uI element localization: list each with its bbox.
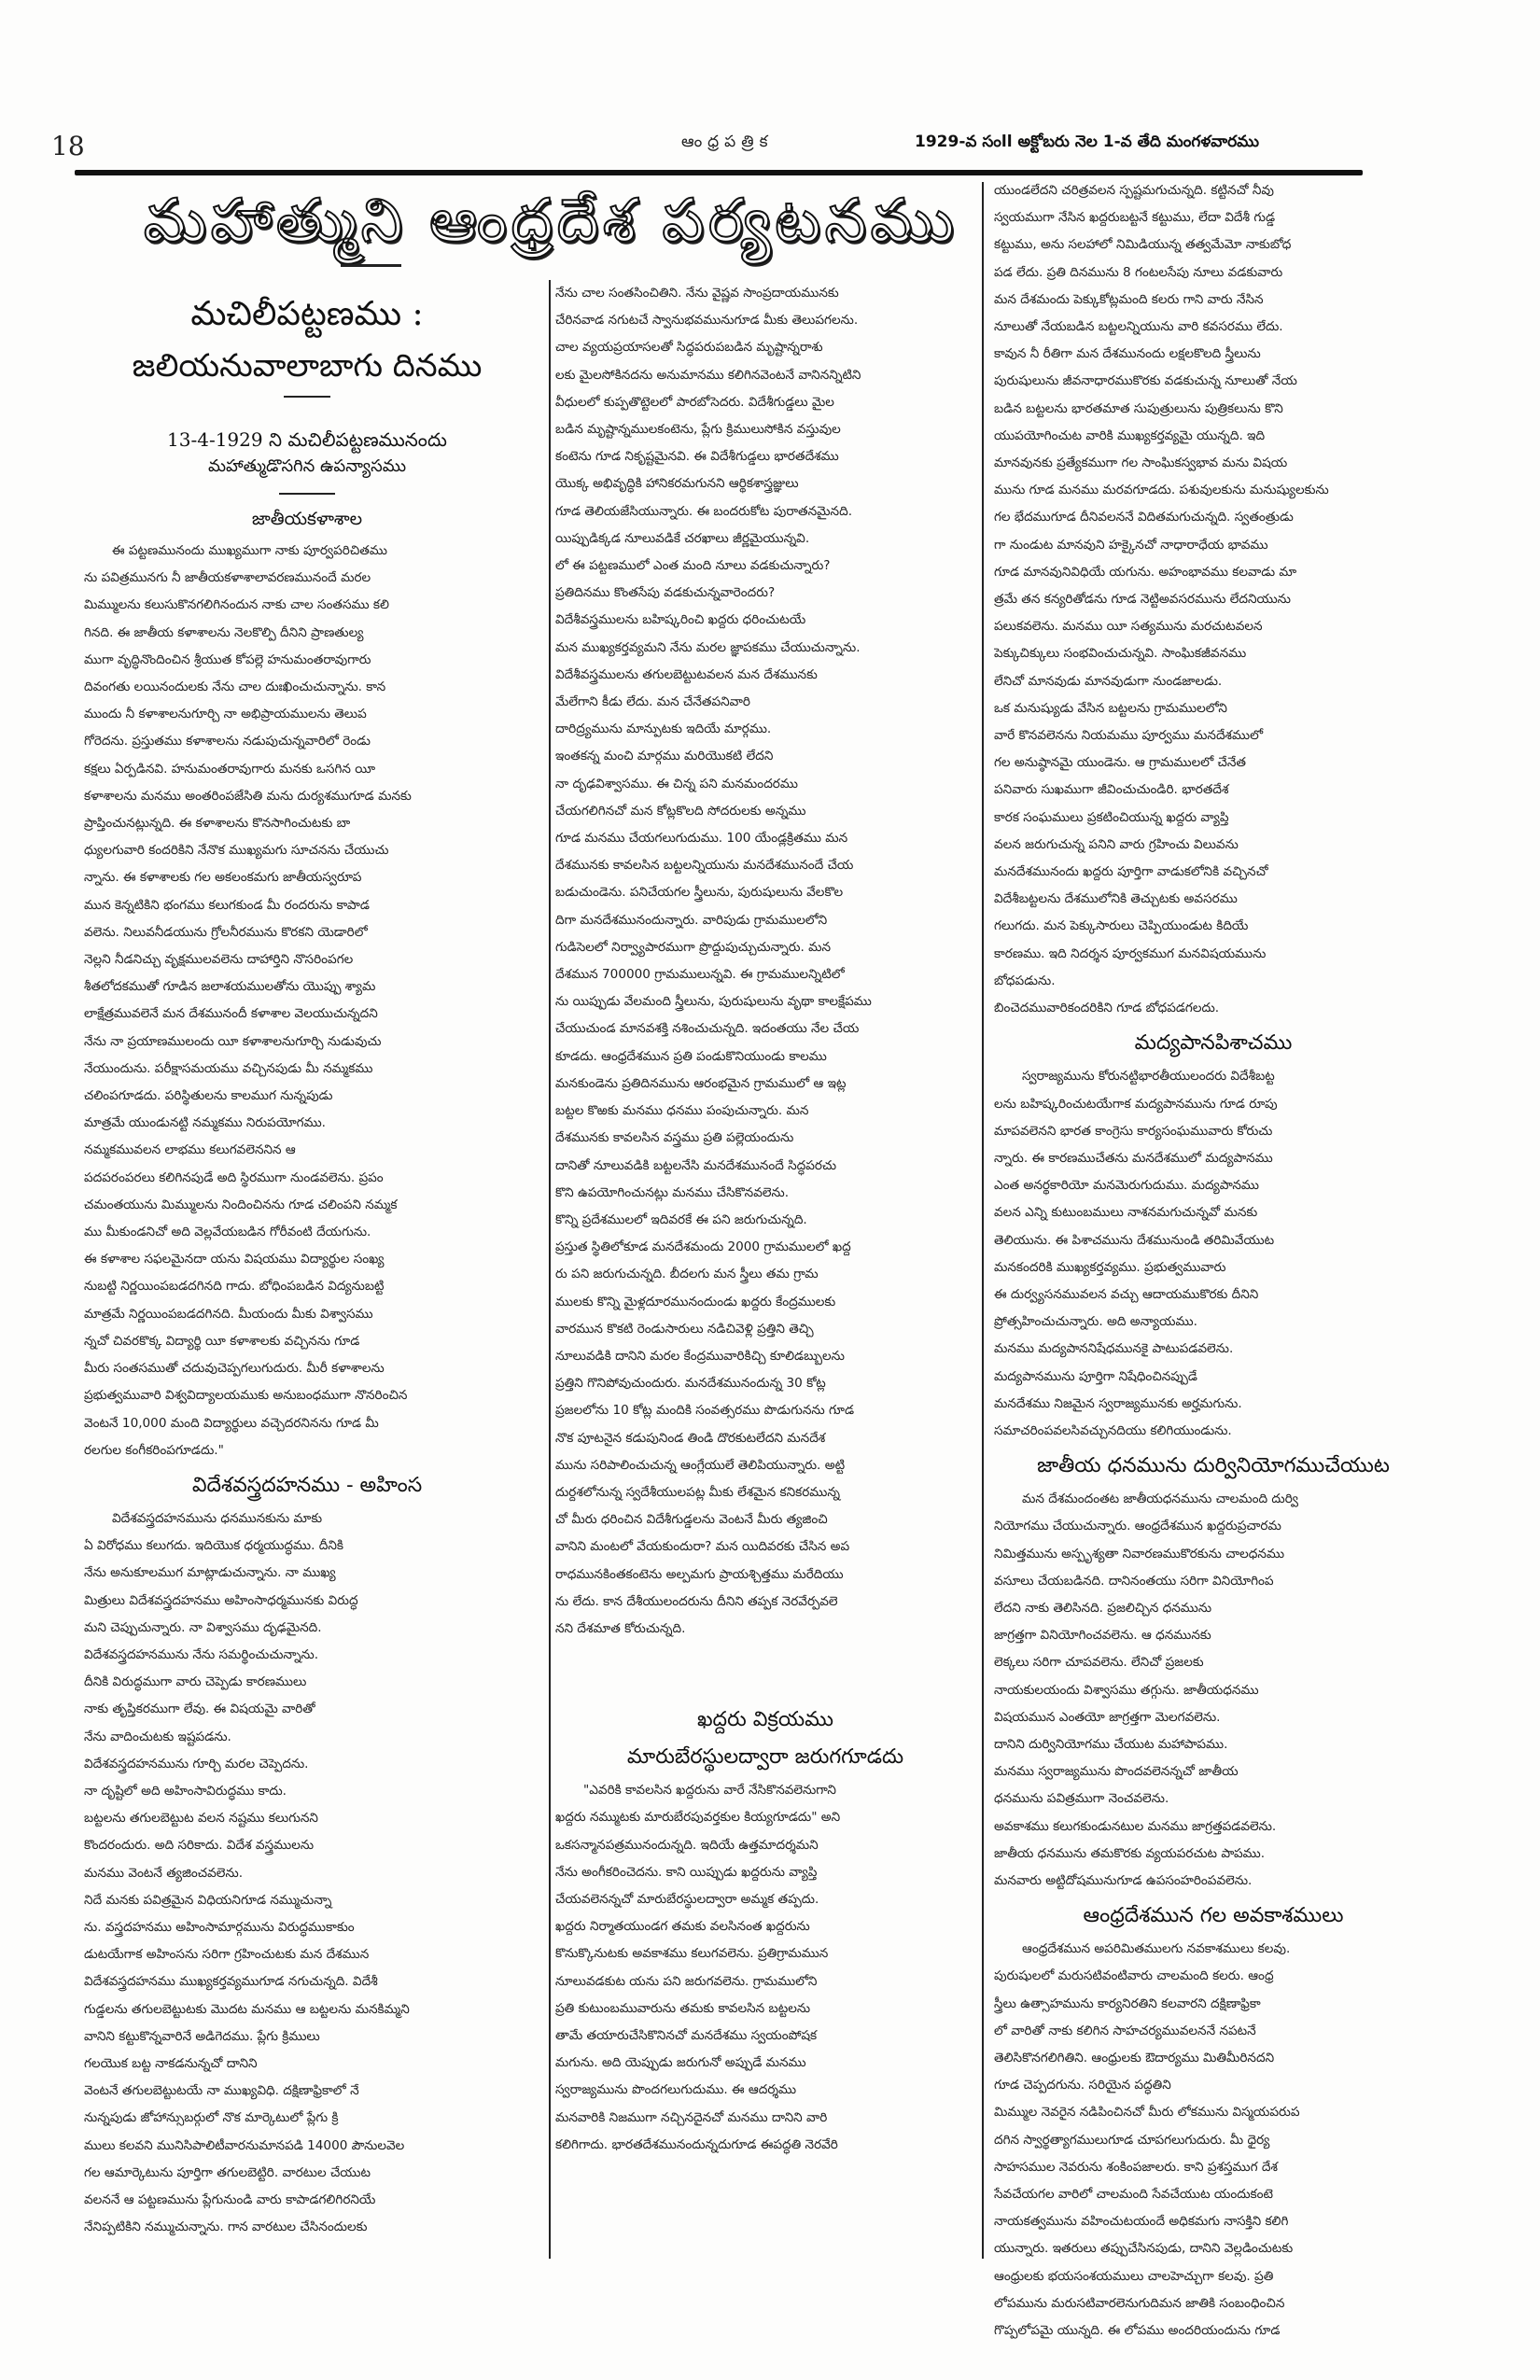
text-line: చేయుచుండ మానవశక్తి నశించుచున్నది. ఇదంతయు… <box>555 1015 975 1043</box>
text-line: యిప్పుడిక్కడ నూలువడికే చరఖాలు జీర్ణమైయున… <box>555 525 975 553</box>
text-line: లకు మైలసోకినదను అనుమానము కలిగినవెంటనే వా… <box>555 362 975 389</box>
text-line: గొప్పలోపమై యున్నది. ఈ లోపము అందరియందును … <box>994 2317 1433 2345</box>
text-line: మిమ్ముల నెవరైన నడిపించినచో మీరు లోకమును … <box>994 2099 1433 2126</box>
text-line: ను లేదు. కాన దేశీయులందరును దీనిని తప్పక … <box>555 1589 975 1616</box>
text-line: ఈ దుర్వ్యసనమువలన వచ్చు ఆదాయముకొరకు దీనిన… <box>994 1281 1433 1309</box>
text-line: నిదే మనకు పవిత్రమైన విధియనిగూడ నమ్ముచున్… <box>84 1887 530 1914</box>
text-line: ఈ పట్టణమునందు ముఖ్యముగా నాకు పూర్వపరిచిత… <box>84 538 530 565</box>
section-title: ఖద్దరు విక్రయము <box>555 1704 975 1736</box>
text-line: వానిని కట్టుకొన్నవారినే అడిగెదము. ప్లేగు… <box>84 2023 530 2051</box>
text-line: వసూలు చేయబడినది. దానినంతయు సరిగా వినియోగ… <box>994 1568 1433 1595</box>
text-line: మాపవలెనని భారత కాంగ్రెసు కార్యసంఘమువారు … <box>994 1118 1433 1145</box>
text-line: చో మీరు ధరించిన విదేశీగుడ్డలను వెంటనే మీ… <box>555 1506 975 1533</box>
text-line: దిగా మనదేశమునందున్నారు. వారిపుడు గ్రామము… <box>555 907 975 934</box>
article-body: విదేశవస్త్రదహనమును ధనమునకును మాకుఏ విరోధ… <box>84 1505 530 2241</box>
text-line: వెంటనే తగులబెట్టుటయే నా ముఖ్యవిధి. దక్షి… <box>84 2078 530 2105</box>
text-line: మానవునకు ప్రత్యేకముగా గల సాంఘికస్వభావ మన… <box>994 450 1433 477</box>
text-line: స్వరాజ్యమును కోరునట్టిభారతీయులందరు విదేశ… <box>994 1063 1433 1090</box>
text-line: మన దేశమందు పెక్కుకోట్లమంది కలరు గాని వార… <box>994 287 1433 314</box>
text-line: ప్రతి కుటుంబమువారును తమకు కావలసిన బట్టలన… <box>555 1995 975 2023</box>
text-line: నేను నా ప్రయాణములందు యీ కళాశాలనుగూర్చి న… <box>84 1029 530 1056</box>
text-line: ధనమును పవిత్రముగా నెంచవలెను. <box>994 1785 1433 1813</box>
column-1: మచిలీపట్టణము : జలియనువాలాబాగు దినము 13-4… <box>84 280 530 2241</box>
text-line: మనకుండెను ప్రతిదినమును ఆరంభమైన గ్రామములో… <box>555 1071 975 1098</box>
text-line: ఆంధ్రదేశమున అపరిమితములగు నవకాశములు కలవు. <box>994 1936 1433 1963</box>
column-divider <box>982 182 984 2259</box>
text-line: మగును. అది యెప్పుడు జరుగునో అప్పుడే మనము <box>555 2050 975 2077</box>
text-line: నాకు తృప్తికరముగా లేవు. ఈ విషయమై వారితో <box>84 1696 530 1723</box>
issue-date: 1929-వ సంll అక్టోబరు నెల 1-వ తేది మంగళవా… <box>915 133 1259 155</box>
text-line: రలగుల కంగీకరింపగూడదు." <box>84 1437 530 1464</box>
text-line: గూడ మానవునివిధియే యగును. అహంభావము కలవాడు… <box>994 559 1433 586</box>
text-line: ఒకసన్మానపత్రమునందున్నది. ఇదియే ఉత్తమాదర్… <box>555 1832 975 1859</box>
text-line: చాల వ్యయప్రయాసలతో సిద్ధపరుపబడిన మృష్టాన్… <box>555 334 975 361</box>
text-line: ముగా వృద్ధినొందించిన శ్రీయుత కోపల్లె హను… <box>84 647 530 674</box>
article-body: స్వరాజ్యమును కోరునట్టిభారతీయులందరు విదేశ… <box>994 1063 1433 1445</box>
text-line: గల ఆమార్కెటును పూర్తిగా తగులబెట్టిరి. వా… <box>84 2160 530 2187</box>
text-line: ధ్యులగువారి కందరికిని నేనొక ముఖ్యమగు సూచ… <box>84 837 530 864</box>
text-line: దగిన స్వార్థత్యాగములుగూడ చూపగలుగుదురు. మ… <box>994 2127 1433 2154</box>
text-line: నేనిప్పటికిని నమ్ముచున్నాను. గాన వారటుల … <box>84 2214 530 2241</box>
text-line: వలెను. నిలువనీడయును గ్రోలనీరమును కొరకని … <box>84 919 530 946</box>
text-line: మనకందరికి ముఖ్యకర్తవ్యము. ప్రభుత్వమువారు <box>994 1254 1433 1281</box>
divider <box>279 493 335 495</box>
text-line: జాగ్రత్తగా వినియోగించవలెను. ఆ ధనమునకు <box>994 1622 1433 1649</box>
text-line: నేను అంగీకరించెదను. కాని యిప్పుడు ఖద్దరు… <box>555 1859 975 1886</box>
page-number: 18 <box>51 131 85 161</box>
text-line: లో వారితో నాకు కలిగిన సాహచర్యమువలననే నపట… <box>994 2018 1433 2045</box>
text-line: మున కెన్నటికిని భంగము కలుగకుండ మీ రందరున… <box>84 892 530 919</box>
text-line: యొక్క అభివృద్ధికి హానికరమగునని ఆర్థికశాస… <box>555 470 975 497</box>
text-line: మును గూడ మనము మరవగూడదు. పశువులకును మనుష్… <box>994 477 1433 504</box>
text-line: ప్రజలలోను 10 కోట్ల మందికి సంవత్సరము పొడు… <box>555 1397 975 1424</box>
text-line: నేయుందును. పరీక్షాసమయము వచ్చినపుడు మీ నమ… <box>84 1056 530 1083</box>
text-line: నేను అనుకూలముగ మాట్లాడుచున్నాను. నా ముఖ్… <box>84 1560 530 1587</box>
text-line: కంటెను గూడ నికృష్టమైనవి. ఈ విదేశీగుడ్డలు… <box>555 443 975 470</box>
text-line: నాయకులయందు విశ్వాసము తగ్గును. జాతీయధనము <box>994 1677 1433 1704</box>
text-line: నూలువడకుట యను పని జరుగవలెను. గ్రామములోని <box>555 1968 975 1995</box>
text-line: వెంటనే 10,000 మంది విద్యార్థులు వచ్చెదరన… <box>84 1410 530 1437</box>
text-line: మద్యపానమును పూర్తిగా నిషేధించినప్పుడే <box>994 1364 1433 1391</box>
text-line: నని దేశమాత కోరుచున్నది. <box>555 1616 975 1643</box>
text-line: గుడిసెలలో నిర్వ్యాపారముగా ప్రొద్దుపుచ్చు… <box>555 934 975 961</box>
newspaper-name: ఆంధ్రపత్రిక <box>681 133 773 155</box>
text-line: బట్టలను తగులబెట్టుట వలన నష్టము కలుగునని <box>84 1805 530 1832</box>
text-line: కొనుక్కొనుటకు అవకాశము కలుగవలెను. ప్రతిగ్… <box>555 1940 975 1967</box>
text-line: దీనికి విరుద్ధముగా వారు చెప్పెడు కారణముల… <box>84 1669 530 1696</box>
text-line: గోరెదను. ప్రస్తుతము కళాశాలను నడుపుచున్నవ… <box>84 728 530 755</box>
text-line: మనవారు అట్టిదోషమునుగూడ ఉపసంహరింపవలెను. <box>994 1868 1433 1895</box>
text-line: సేవచేయగల వారిలో చాలమంది సేవచేయుట యందుకంట… <box>994 2181 1433 2208</box>
text-line: గినది. ఈ జాతీయ కళాశాలను నెలకొల్పి దీనిని… <box>84 620 530 647</box>
text-line: గా నుండుట మానవుని హక్కైనచో నాధారాధేయ భావ… <box>994 532 1433 559</box>
text-line: "ఎవరికి కావలసిన ఖద్దరును వారే నేసికొనవలె… <box>555 1777 975 1804</box>
column-divider <box>549 280 551 2259</box>
place-heading: మచిలీపట్టణము : <box>84 291 530 338</box>
text-line: మని చెప్పుచున్నారు. నా విశ్వాసము దృఢమైనద… <box>84 1615 530 1642</box>
text-line: ను. వస్త్రదహనము అహింసామార్గమును విరుద్ధమ… <box>84 1914 530 1941</box>
text-line: గల అనుష్ఠానమై యుండెను. ఆ గ్రామములలో చేనే… <box>994 749 1433 777</box>
text-line: వలన ఎన్ని కుటుంబములు నాశనమగుచున్నవో మనకు <box>994 1199 1433 1226</box>
text-line: మిత్రులు విదేశవస్త్రదహనము అహింసాధర్మమునక… <box>84 1588 530 1615</box>
text-line: చలింపగూడదు. పరిస్థితులను కాలముగ నున్నపుడ… <box>84 1083 530 1110</box>
headline-rule <box>341 264 401 267</box>
text-line: ప్రస్తుత స్థితిలోకూడ మనదేశమందు 2000 గ్రా… <box>555 1234 975 1261</box>
section-subtitle: మారుబేరస్థులద్వారా జరుగగూడదు <box>555 1742 975 1773</box>
event-heading: జలియనువాలాబాగు దినము <box>84 343 530 388</box>
text-line: విదేశీవస్త్రములను తగులబెట్టుటవలన మన దేశమ… <box>555 662 975 689</box>
text-line: నేను చాల సంతసించితిని. నేను వైష్ణవ సాంప్… <box>555 280 975 307</box>
text-line: మీరు సంతసముతో చదువుచెప్పగలుగుదురు. మీరీ … <box>84 1355 530 1382</box>
text-line: కలిగిగాదు. భారతదేశమునందున్నదుగూడ ఈపద్ధతి… <box>555 2132 975 2159</box>
text-line: దేశమున 700000 గ్రామములున్నవి. ఈ గ్రామముల… <box>555 961 975 988</box>
text-line: ఒక మనుష్యుడు వేసిన బట్టలను గ్రామములలోని <box>994 695 1433 722</box>
text-line: గూడ చెప్పదగును. సరియైన పద్ధతిని <box>994 2072 1433 2099</box>
text-line: న్నచో చివరకొక్క విద్యార్థి యీ కళాశాలకు వ… <box>84 1328 530 1355</box>
text-line: జాతీయ ధనమును తమకొరకు వ్యయపరచుట పాపము. <box>994 1841 1433 1868</box>
newspaper-page: 18 ఆంధ్రపత్రిక 1929-వ సంll అక్టోబరు నెల … <box>0 0 1540 2380</box>
text-line: విదేశీబట్టలను దేశములోనికి తెచ్చుటకు అవసర… <box>994 886 1433 913</box>
article-body: ఆంధ్రదేశమున అపరిమితములగు నవకాశములు కలవు.… <box>994 1936 1433 2345</box>
text-line: బడుచుండెను. పనిచేయగల స్త్రీలును, పురుషుల… <box>555 879 975 906</box>
text-line: కక్షలు ఏర్పడినవి. హనుమంతరావుగారు మనకు ఒస… <box>84 756 530 783</box>
text-line: బించెదమువారికందరికిని గూడ బోధపడగలదు. <box>994 995 1433 1022</box>
text-line: తెలియును. ఈ పిశాచమును దేశమునుండి తరిమివే… <box>994 1227 1433 1254</box>
divider <box>284 396 330 398</box>
text-line: విదేశవస్త్రదహనమును గూర్చి మరల చెప్పెదను. <box>84 1751 530 1778</box>
text-line: దుర్దశలోనున్న స్వదేశీయులపట్ల మీకు లేశమైన… <box>555 1479 975 1506</box>
text-line: నాయకత్వమును వహించుటయందే అధికమగు నాసక్తిన… <box>994 2208 1433 2235</box>
text-line: నమ్మకమువలన లాభము కలుగవలెననిన ఆ <box>84 1137 530 1164</box>
text-line: స్వరాజ్యమును పొందగలుగుదుము. ఈ ఆదర్శము <box>555 2077 975 2104</box>
text-line: శీతలోదకముతో గూడిన జలాశయములతోను యొప్పు శ్… <box>84 973 530 1001</box>
section-title: మద్యపానపిశాచము <box>994 1028 1433 1059</box>
text-line: రు పని జరుగుచున్నది. బీదలగు మన స్త్రీలు … <box>555 1261 975 1288</box>
text-line: న్నారు. ఈ కారణముచేతను మనదేశములో మద్యపానమ… <box>994 1145 1433 1172</box>
article-body: మన దేశమందంతట జాతీయధనమును చాలమంది దుర్విన… <box>994 1486 1433 1895</box>
text-line: స్వయముగా నేసిన ఖద్దరుబట్టనే కట్టుము, లేద… <box>994 204 1433 231</box>
text-line: నెల్లని నీడనిచ్చు వృక్షములవలెను దాహార్తి… <box>84 946 530 973</box>
text-line: రాధమునకింతకంటెను అల్పమగు ప్రాయశ్చిత్తము … <box>555 1561 975 1589</box>
text-line: మనము మద్యపాననిషేధమునకై పాటుపడవలెను. <box>994 1336 1433 1363</box>
text-line: నిమిత్తమును అస్పృశ్యతా నివారణముకొరకును చ… <box>994 1541 1433 1568</box>
text-line: పలుకవలెను. మనము యీ సత్యమును మరచుటవలన <box>994 613 1433 640</box>
article-body: "ఎవరికి కావలసిన ఖద్దరును వారే నేసికొనవలె… <box>555 1777 975 2159</box>
section-title: జాతీయ ధనమును దుర్వినియోగముచేయుట <box>994 1450 1433 1482</box>
text-line: వలననే ఆ పట్టణమును ప్లేగునుండి వారు కాపాడ… <box>84 2187 530 2214</box>
text-line: లెక్కలు సరిగా చూపవలెను. లేనిచో ప్రజలకు <box>994 1649 1433 1676</box>
text-line: బడిన మృష్టాన్నములకంటెను, ప్లేగు క్రిములు… <box>555 416 975 443</box>
text-line: నుబట్టి నిర్ణయింపబడదగినది గాదు. బోధింపబడ… <box>84 1273 530 1300</box>
text-line: దేశమునకు కావలసిన వస్త్రము ప్రతి పల్లెయంద… <box>555 1125 975 1152</box>
text-line: నా దృష్టిలో అది అహింసావిరుద్ధము కాదు. <box>84 1778 530 1805</box>
text-line: ప్రోత్సహించుచున్నారు. అది అన్యాయము. <box>994 1309 1433 1336</box>
text-line: దేశమునకు కావలసిన బట్టలన్నియును మనదేశమునం… <box>555 852 975 879</box>
section-title: ఆంధ్రదేశమున గల అవకాశములు <box>994 1900 1433 1932</box>
text-line: ఎంత అనర్థకారియో మనమెరుగుదుము. మద్యపానము <box>994 1172 1433 1199</box>
section-title: జాతీయకళాశాల <box>84 504 530 534</box>
text-line: కారక సంఘములు ప్రకటించియున్న ఖద్దరు వ్యాప… <box>994 805 1433 832</box>
text-line: దివంగతు లయినందులకు నేను చాల దుఃఖించుచున్… <box>84 674 530 701</box>
running-header: 18 ఆంధ్రపత్రిక 1929-వ సంll అక్టోబరు నెల … <box>37 131 1503 168</box>
text-line: ములు కలవని మునిసిపాలిటీవారనుమానపడి 14000… <box>84 2133 530 2160</box>
text-line: పెక్కుచిక్కులు సంభవించుచున్నవి. సాంఘికజీ… <box>994 640 1433 667</box>
text-line: మాత్రమే యుండునట్టి నమ్మకము నిరుపయోగము. <box>84 1110 530 1137</box>
text-line: వారమున కొకటి రెండుసారులు నడిచివెళ్లి ప్ర… <box>555 1316 975 1343</box>
text-line: కావున నీ రీతిగా మన దేశమునందు లక్షలకొలది … <box>994 341 1433 368</box>
text-line: గలయొక బట్ట నాకడనున్నచో దానిని <box>84 2051 530 2078</box>
text-line: లేనిచో మానవుడు మానవుడుగా నుండజాలడు. <box>994 668 1433 695</box>
text-line: కట్టుము, అను సలహాలో నిమిడియున్న తత్వమేమో… <box>994 231 1433 259</box>
text-line: లాక్షేత్రమువలెనే మన దేశమునందీ కళాశాల వెల… <box>84 1001 530 1028</box>
text-line: సాహసముల నెవరును శంకింపజాలరు. కాని ప్రశస్… <box>994 2154 1433 2181</box>
text-line: చేయవలెనన్నచో మారుబేరస్థులద్వారా అమ్మక తప… <box>555 1886 975 1913</box>
text-line: పడ లేదు. ప్రతి దినమును 8 గంటలసేపు నూలు వ… <box>994 259 1433 287</box>
text-line: నా దృఢవిశ్వాసము. ఈ చిన్న పని మనమందరము <box>555 771 975 798</box>
text-line: విదేశవస్త్రదహనమును నేను సమర్థించుచున్నాన… <box>84 1642 530 1669</box>
article-body: నేను చాల సంతసించితిని. నేను వైష్ణవ సాంప్… <box>555 280 975 1643</box>
text-line: వీధులలో కుప్పతొట్టెలలో పారబోసెదరు. విదేశ… <box>555 389 975 416</box>
text-line: నున్నపుడు జోహాన్సుబర్గులో నొక మార్కెటులో… <box>84 2105 530 2132</box>
text-line: మనము స్వరాజ్యమును పొందవలెనన్నచో జాతీయ <box>994 1758 1433 1785</box>
text-line: బడిన బట్టలను భారతమాత సుపుత్రులును పుత్రి… <box>994 396 1433 423</box>
text-line: డుటయేగాక అహింసను సరిగా గ్రహించుటకు మన దే… <box>84 1941 530 1968</box>
text-line: పురుషులును జీవనాధారముకొరకు వడకుచున్న నూల… <box>994 368 1433 395</box>
text-line: మేలేగాని కీడు లేదు. మన చేనేతపనివారి <box>555 689 975 716</box>
text-line: ఈ కళాశాల సఫలమైనదా యను విషయము విద్యార్థుల… <box>84 1246 530 1273</box>
text-line: దానిని దుర్వినియోగము చేయుట మహాపాపము. <box>994 1731 1433 1758</box>
article-body: ఈ పట్టణమునందు ముఖ్యముగా నాకు పూర్వపరిచిత… <box>84 538 530 1464</box>
text-line: ఖద్దరు నమ్ముటకు మారుబేరపువర్తకుల కియ్యగూ… <box>555 1804 975 1831</box>
text-line: మనదేశము నిజమైన స్వరాజ్యమునకు అర్హమగును. <box>994 1391 1433 1418</box>
text-line: మనము వెంటనే త్యజించవలెను. <box>84 1860 530 1887</box>
text-line: ప్రాప్తించునట్లున్నది. ఈ కళాశాలను కొనసాగ… <box>84 810 530 837</box>
text-line: ము మీకుండనిచో అది వెల్లవేయబడిన గోరీవంటి … <box>84 1219 530 1246</box>
text-line: మును సరిపాలించుచున్న ఆంగ్లేయులే తెలిపియు… <box>555 1452 975 1479</box>
text-line: బట్టల కొఱకు మనము ధనము పంపుచున్నారు. మన <box>555 1098 975 1125</box>
text-line: కొన్ని ప్రదేశములలో ఇదివరకే ఈ పని జరుగుచు… <box>555 1207 975 1234</box>
text-line: కారణము. ఇది నిదర్శన పూర్వకముగ మనవిషయమును <box>994 941 1433 968</box>
text-line: ను పవిత్రమునగు నీ జాతీయకళాశాలావరణమునందే … <box>84 565 530 592</box>
text-line: ప్రతిదినము కొంతసేపు వడకుచున్నవారెందరు? <box>555 580 975 607</box>
text-line: దానితో నూలువడికి బట్టలనేసి మనదేశమునందే స… <box>555 1153 975 1180</box>
text-line: వలన జరుగుచున్న పనిని వారు గ్రహించు విలువ… <box>994 832 1433 859</box>
text-line: వానిని మంటలో వేయకుందురా? మన యిదివరకు చేస… <box>555 1533 975 1561</box>
text-line: విషయమున ఎంతయో జాగ్రత్తగా మెలగవలెను. <box>994 1704 1433 1731</box>
text-line: వారే కొనవలెనను నియమము పూర్వము మనదేశములో <box>994 722 1433 749</box>
text-line: ఖద్దరు నిర్మాతయుండగ తమకు వలసినంత ఖద్దరున… <box>555 1913 975 1940</box>
text-line: మన దేశమందంతట జాతీయధనమును చాలమంది దుర్వి <box>994 1486 1433 1513</box>
date-line: 13-4-1929 ని మచిలీపట్టణమునందు <box>84 426 530 454</box>
text-line: కొని ఉపయోగించునట్లు మనము చేసికొనవలెను. <box>555 1180 975 1207</box>
text-line: త్రమే తన కన్యరితోడను గూడ నెట్టిఅవసరమును … <box>994 586 1433 613</box>
text-line: నియోగము చేయుచున్నారు. ఆంధ్రదేశమున ఖద్దరు… <box>994 1513 1433 1540</box>
text-line: న్నాను. ఈ కళాశాలకు గల అకలంకమగు జాతీయస్వర… <box>84 864 530 891</box>
text-line: నూలువడికి దానిని మరల కేంద్రమువారికిచ్చి … <box>555 1343 975 1370</box>
text-line: కొందరందురు. అది సరికాదు. విదేశ వస్త్రముల… <box>84 1832 530 1859</box>
text-line: యున్నారు. ఇతరులు తప్పుచేసినపుడు, దానిని … <box>994 2235 1433 2262</box>
text-line: మాత్రమే నిర్ణయింపబడదగినది. మీయందు మీకు వ… <box>84 1301 530 1328</box>
text-line: ములకు కొన్ని మైళ్లదూరమునందుండు ఖద్దరు కే… <box>555 1289 975 1316</box>
text-line: సమాచరింపవలసివచ్చునదియు కలిగియుండును. <box>994 1418 1433 1445</box>
text-line: కూడదు. ఆంధ్రదేశమున ప్రతి పండుకొనియుండు క… <box>555 1043 975 1071</box>
text-line: ముందు నీ కళాశాలనుగూర్చి నా అభిప్రాయములను… <box>84 701 530 728</box>
text-line: చేయగలిగినచో మన కోట్లకొలది సోదరులకు అన్నమ… <box>555 798 975 825</box>
text-line: స్త్రీలు ఉత్సాహమును కార్యనిరతిని కలవారని… <box>994 1991 1433 2018</box>
text-line: నేను వాదించుటకు ఇష్టపడను. <box>84 1724 530 1751</box>
text-line: విదేశీవస్త్రములను బహిష్కరించి ఖద్దరు ధరి… <box>555 607 975 634</box>
text-line: లేదని నాకు తెలిసినది. ప్రజలిచ్చిన ధనమును <box>994 1595 1433 1622</box>
text-line: గుడ్డలను తగులబెట్టుటకు మొదట మనము ఆ బట్టల… <box>84 1996 530 2023</box>
text-line: పనివారు సుఖముగా జీవించుచుండిరి. భారతదేశ <box>994 777 1433 804</box>
text-line: లను బహిష్కరించుటయేగాక మద్యపానమును గూడ రూ… <box>994 1091 1433 1118</box>
header-rule <box>75 170 1363 175</box>
text-line: చేరినవాడ నగుటచే స్వానుభవమునుగూడ మీకు తెల… <box>555 307 975 334</box>
text-line: ను యిప్పుడు వేలమంది స్త్రీలును, పురుషులు… <box>555 988 975 1015</box>
text-line: ఆంధ్రులకు భయసంశయములు చాలహెచ్చుగా కలవు. ప… <box>994 2263 1433 2290</box>
text-line: ఏ విరోధము కలుగదు. ఇదియొక ధర్మయుద్ధము. దీ… <box>84 1533 530 1560</box>
text-line: గూడ మనము చేయగలుగుదుము. 100 యేండ్లక్రితము… <box>555 825 975 852</box>
text-line: గల భేదముగూడ దీనివలననే విదితమగుచున్నది. స… <box>994 504 1433 531</box>
text-line: తెలిసికొనగలిగితిని. ఆంధ్రులకు ఔదార్యము మ… <box>994 2045 1433 2072</box>
article-body: యుండలేదని చరిత్రవలన స్పష్టమగుచున్నది. కట… <box>994 177 1433 1022</box>
speech-line: మహాత్ముడొసగిన ఉపన్యాసము <box>84 454 530 480</box>
text-line: మనదేశమునందు ఖద్దరు పూర్తిగా వాడుకలోనికి … <box>994 859 1433 886</box>
text-line: తామే తయారుచేసికొనినచో మనదేశము స్వయంపోషక <box>555 2023 975 2050</box>
text-line: లోపమును మరుసటివారలెనుగుదిమన జాతికి సంబంధ… <box>994 2290 1433 2317</box>
text-line: విదేశవస్త్రదహనము ముఖ్యకర్తవ్యముగూడ నగుచు… <box>84 1968 530 1995</box>
column-3: యుండలేదని చరిత్రవలన స్పష్టమగుచున్నది. కట… <box>994 177 1433 2345</box>
text-line: గూడ తెలియజేసియున్నారు. ఈ బందరుకోట పురాతన… <box>555 498 975 525</box>
text-line: మన ముఖ్యకర్తవ్యమని నేను మరల జ్ఞాపకము చేయ… <box>555 635 975 662</box>
text-line: పురుషులలో మరుసటివంటివారు చాలమంది కలరు. ఆ… <box>994 1963 1433 1990</box>
text-line: బోధపడును. <box>994 968 1433 995</box>
section-title: విదేశవస్త్రదహనము - అహింస <box>84 1470 530 1502</box>
text-line: పదపరంపరలు కలిగినపుడే అది స్థిరముగా నుండవ… <box>84 1165 530 1192</box>
text-line: ప్రత్తిని గొనిపోవుచుందురు. మనదేశమునందున్… <box>555 1370 975 1397</box>
text-line: మనవారికి నిజముగా నచ్చినదైనచో మనము దానిని… <box>555 2105 975 2132</box>
text-line: యుండలేదని చరిత్రవలన స్పష్టమగుచున్నది. కట… <box>994 177 1433 204</box>
text-line: లో ఈ పట్టణములో ఎంత మంది నూలు వడకుచున్నార… <box>555 553 975 580</box>
text-line: ప్రభుత్వమువారి విశ్వవిద్యాలయముకు అనుబంధమ… <box>84 1382 530 1409</box>
text-line: ఇంతకన్న మంచి మార్గము మరియొకటి లేదని <box>555 743 975 770</box>
text-line: దారిద్ర్యమును మాన్పుటకు ఇదియే మార్గము. <box>555 716 975 743</box>
text-line: మిమ్ములను కలుసుకొనగలిగినందున నాకు చాల సం… <box>84 592 530 619</box>
text-line: అవకాశము కలుగకుండునటుల మనము జాగ్రత్తపడవలె… <box>994 1813 1433 1841</box>
column-2: నేను చాల సంతసించితిని. నేను వైష్ణవ సాంప్… <box>555 243 975 2159</box>
text-line: చమంతయును మిమ్ములను నిందించినను గూడ చలింప… <box>84 1192 530 1219</box>
text-line: యుపయోగించుట వారికి ముఖ్యకర్తవ్యమై యున్నద… <box>994 423 1433 450</box>
text-line: నొక పూటనైన కడుపునిండ తిండి దొరకుటలేదని మ… <box>555 1425 975 1452</box>
text-line: కళాశాలను మనము అంతరింపజేసితి మను దుర్యశము… <box>84 783 530 810</box>
text-line: విదేశవస్త్రదహనమును ధనమునకును మాకు <box>84 1505 530 1533</box>
text-line: గలుగదు. మన పెక్కుసారులు చెప్పియుండుట కిద… <box>994 913 1433 940</box>
text-line: నూలుతో నేయబడిన బట్టలన్నియును వారి కవసరము… <box>994 314 1433 341</box>
